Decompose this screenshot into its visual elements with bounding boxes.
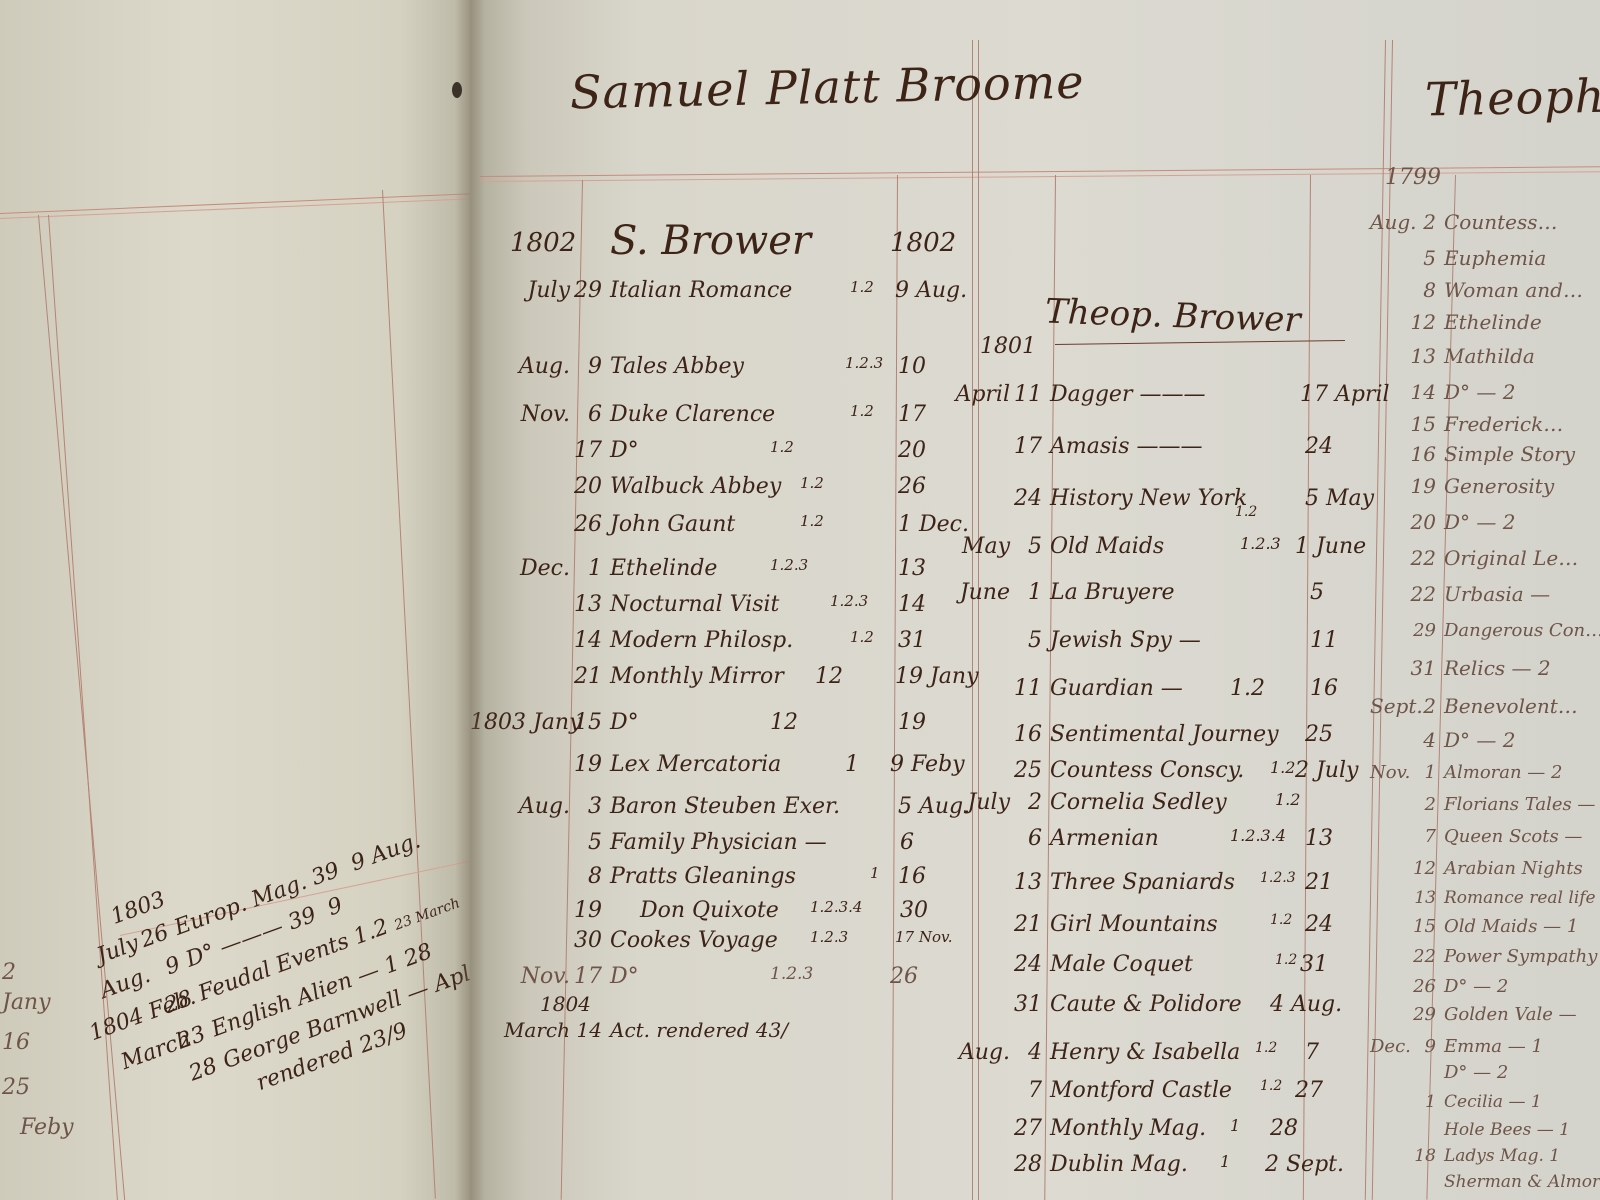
ledger-entry: 21Monthly Mirror1219 Jany [470, 664, 784, 689]
ledger-entry: July29Italian Romance1.29 Aug. [470, 278, 860, 303]
margin-fragment: 16 [2, 1030, 30, 1055]
ledger-entry: 8Pratts Gleanings116 [470, 864, 796, 889]
ledger-entry: April11Dagger ———17 April [900, 382, 1205, 407]
ledger-entry: Nov.6Duke Clarence1.217 [470, 402, 775, 427]
ledger-entry: 7Montford Castle1.227 [900, 1078, 1232, 1103]
ledger-entry: 19Don Quixote1.2.3.430 [470, 898, 779, 923]
ledger-entry: June1La Bruyere5 [900, 580, 1175, 605]
section-heading: S. Brower [610, 218, 811, 264]
ledger-entry: 28Dublin Mag.12 Sept. [900, 1152, 1188, 1177]
account-holder-name: Samuel Platt Broome [569, 55, 1084, 120]
heading-underline [1055, 340, 1345, 345]
ledger-entry: 30Cookes Voyage1.2.317 Nov. [470, 928, 778, 953]
closing-year: 1804 [540, 992, 591, 1016]
ledger-entry: 5Family Physician —6 [470, 830, 827, 855]
ledger-right-page: Samuel Platt Broome Theophi… 1802 S. Bro… [470, 0, 1600, 1200]
ledger-entry: July2Cornelia Sedley1.2 [900, 790, 1227, 815]
ledger-entry: 19Lex Mercatoria19 Feby [470, 752, 781, 777]
ruled-column-line [972, 40, 973, 1200]
ruled-column-line [561, 180, 583, 1200]
margin-fragment: 25 [2, 1075, 30, 1100]
ledger-entry: 6Armenian1.2.3.413 [900, 826, 1159, 851]
section-heading: Theop. Brower [1044, 292, 1301, 341]
ledger-entry: 27Monthly Mag.128 [900, 1116, 1206, 1141]
section-year: 1801 [980, 334, 1036, 359]
book-gutter [455, 0, 485, 1200]
ledger-entry: 1803 Jany15D°1219 [470, 710, 639, 735]
ledger-entry: Aug.9Tales Abbey1.2.310 [470, 354, 744, 379]
margin-fragment: Feby [20, 1115, 74, 1140]
ledger-entry: 17D°1.220 [470, 438, 639, 463]
section-year-left: 1802 [510, 228, 576, 258]
ledger-entry: 25Countess Conscy.1.22 July [900, 758, 1244, 783]
ledger-entry: Dec.1Ethelinde1.2.313 [470, 556, 717, 581]
ruled-column-line [978, 40, 979, 1200]
ledger-entry: 11Guardian1.2 —16 [900, 676, 1183, 701]
ruled-line [0, 198, 470, 219]
ruled-column-line [48, 215, 118, 1200]
closing-entry: March14Act. rendered 43/ [470, 1018, 788, 1042]
ledger-entry: 16Sentimental Journey25 [900, 722, 1279, 747]
ledger-entry: 31Caute & Polidore4 Aug. [900, 992, 1242, 1017]
ledger-entry: 24History New York1.25 May [900, 486, 1247, 511]
ledger-entry: 21Girl Mountains1.224 [900, 912, 1218, 937]
ledger-entry: Aug.4Henry & Isabella1.27 [900, 1040, 1240, 1065]
ledger-entry: 26John Gaunt1.21 Dec. [470, 512, 735, 537]
ledger-entry: Nov.17D°1.2.326 [470, 964, 639, 989]
section-year-right: 1802 [890, 228, 956, 258]
ruled-line [0, 193, 470, 214]
margin-fragment: 2 [2, 960, 16, 985]
ledger-entry: Aug.3Baron Steuben Exer.5 Aug. [470, 794, 840, 819]
ledger-entry: 17Amasis ———24 [900, 434, 1202, 459]
section-year: 1799 [1385, 165, 1441, 190]
ledger-entry: 14Modern Philosp.1.231 [470, 628, 793, 653]
margin-fragment: Jany [2, 990, 51, 1015]
ledger-entry: 13Nocturnal Visit1.2.314 [470, 592, 779, 617]
ledger-left-page: 1803 July26Europ. Mag. 39 9 Aug. Aug.9D°… [0, 0, 470, 1200]
ledger-entry: 24Male Coquet1.231 [900, 952, 1193, 977]
ledger-entry: May5Old Maids1.2.31 June [900, 534, 1164, 559]
ledger-entry: 5Jewish Spy —11 [900, 628, 1201, 653]
binding-hole [452, 82, 462, 98]
account-holder-name-partial: Theophi… [1424, 67, 1600, 126]
ledger-entry: 20Walbuck Abbey1.226 [470, 474, 781, 499]
ledger-entry: 13Three Spaniards1.2.321 [900, 870, 1235, 895]
